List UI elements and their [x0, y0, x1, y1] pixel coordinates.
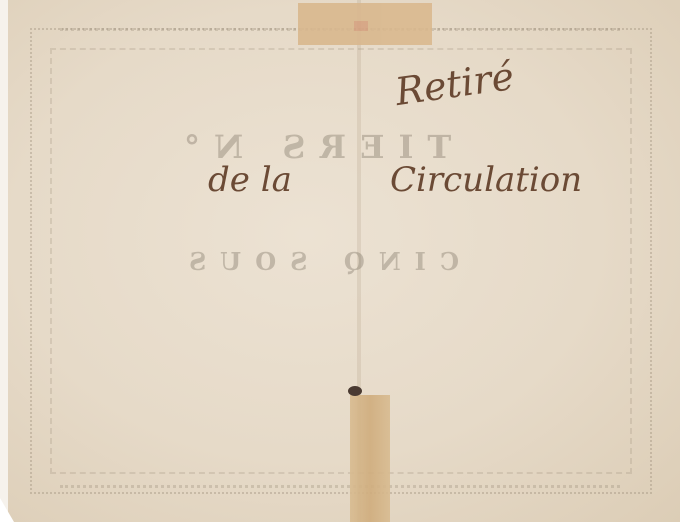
paper-left-edge [0, 0, 8, 522]
document-photo: TIERS N° CINQ SOUS Retiré de la Circulat… [0, 0, 680, 522]
torn-corner [0, 498, 14, 522]
handwriting-circulation: Circulation [390, 160, 582, 200]
ink-spot [348, 386, 362, 396]
tape-strip-top [298, 3, 432, 45]
tape-strip-bottom [350, 395, 390, 522]
red-stamp-mark [354, 21, 368, 31]
border-dash-bottom [60, 485, 620, 488]
handwriting-de-la: de la [208, 160, 292, 200]
showthrough-text-value: CINQ SOUS [175, 247, 459, 276]
